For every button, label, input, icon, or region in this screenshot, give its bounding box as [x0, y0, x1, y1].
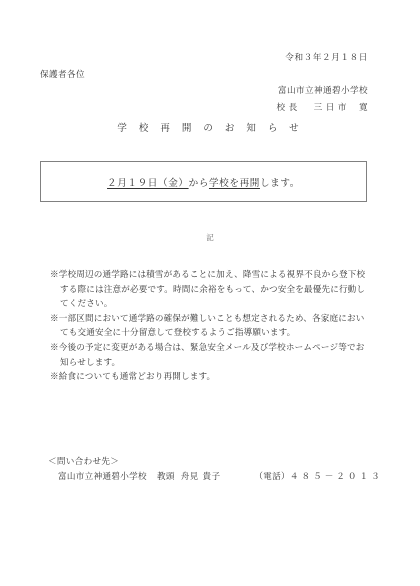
- ki-mark: 記: [0, 232, 420, 243]
- principal-title: 校 長: [277, 103, 298, 113]
- contact-school: 富山市立神通碧小学校: [58, 470, 147, 482]
- sender-principal: 校 長三 日 市 寛: [277, 101, 369, 113]
- phone-number: ４８５－２０１３: [290, 470, 383, 482]
- note-item: ※給食についても通常どおり再開します。: [50, 370, 372, 385]
- notice-text-from: から: [189, 175, 209, 189]
- principal-name: 三 日 市 寛: [314, 103, 368, 113]
- addressee: 保護者各位: [40, 68, 85, 80]
- contact-surname: 舟見: [181, 470, 199, 482]
- reopen-school: 学校を再開: [209, 175, 260, 189]
- phone-label: （電話）: [254, 470, 290, 482]
- contact-heading: ＜問い合わせ先＞: [48, 455, 119, 467]
- document-date: 令和３年２月１８日: [285, 51, 368, 63]
- note-item: ※今後の予定に変更がある場合は、緊急安全メール及び学校ホームページ等でお知らせし…: [50, 341, 372, 370]
- contact-given-name: 貴子: [203, 470, 221, 482]
- notice-text-end: します。: [260, 175, 300, 189]
- reopen-date: ２月１９日（金）: [107, 175, 189, 189]
- notes-list: ※学校周辺の通学路には積雪があることに加え、降雪による視界不良から登下校する際に…: [50, 268, 372, 385]
- note-item: ※学校周辺の通学路には積雪があることに加え、降雪による視界不良から登下校する際に…: [50, 268, 372, 312]
- notice-box: ２月１９日（金）から学校を再開します。: [40, 161, 367, 202]
- contact-role: 教頭: [157, 470, 175, 482]
- contact-details: 富山市立神通碧小学校教頭舟見貴子（電話）４８５－２０１３: [58, 470, 383, 482]
- sender-school: 富山市立神通碧小学校: [278, 84, 368, 96]
- document-title: 学校再開のお知らせ: [0, 120, 420, 134]
- note-item: ※一部区間において通学路の確保が難しいことも想定されるため、各家庭においても交通…: [50, 312, 372, 341]
